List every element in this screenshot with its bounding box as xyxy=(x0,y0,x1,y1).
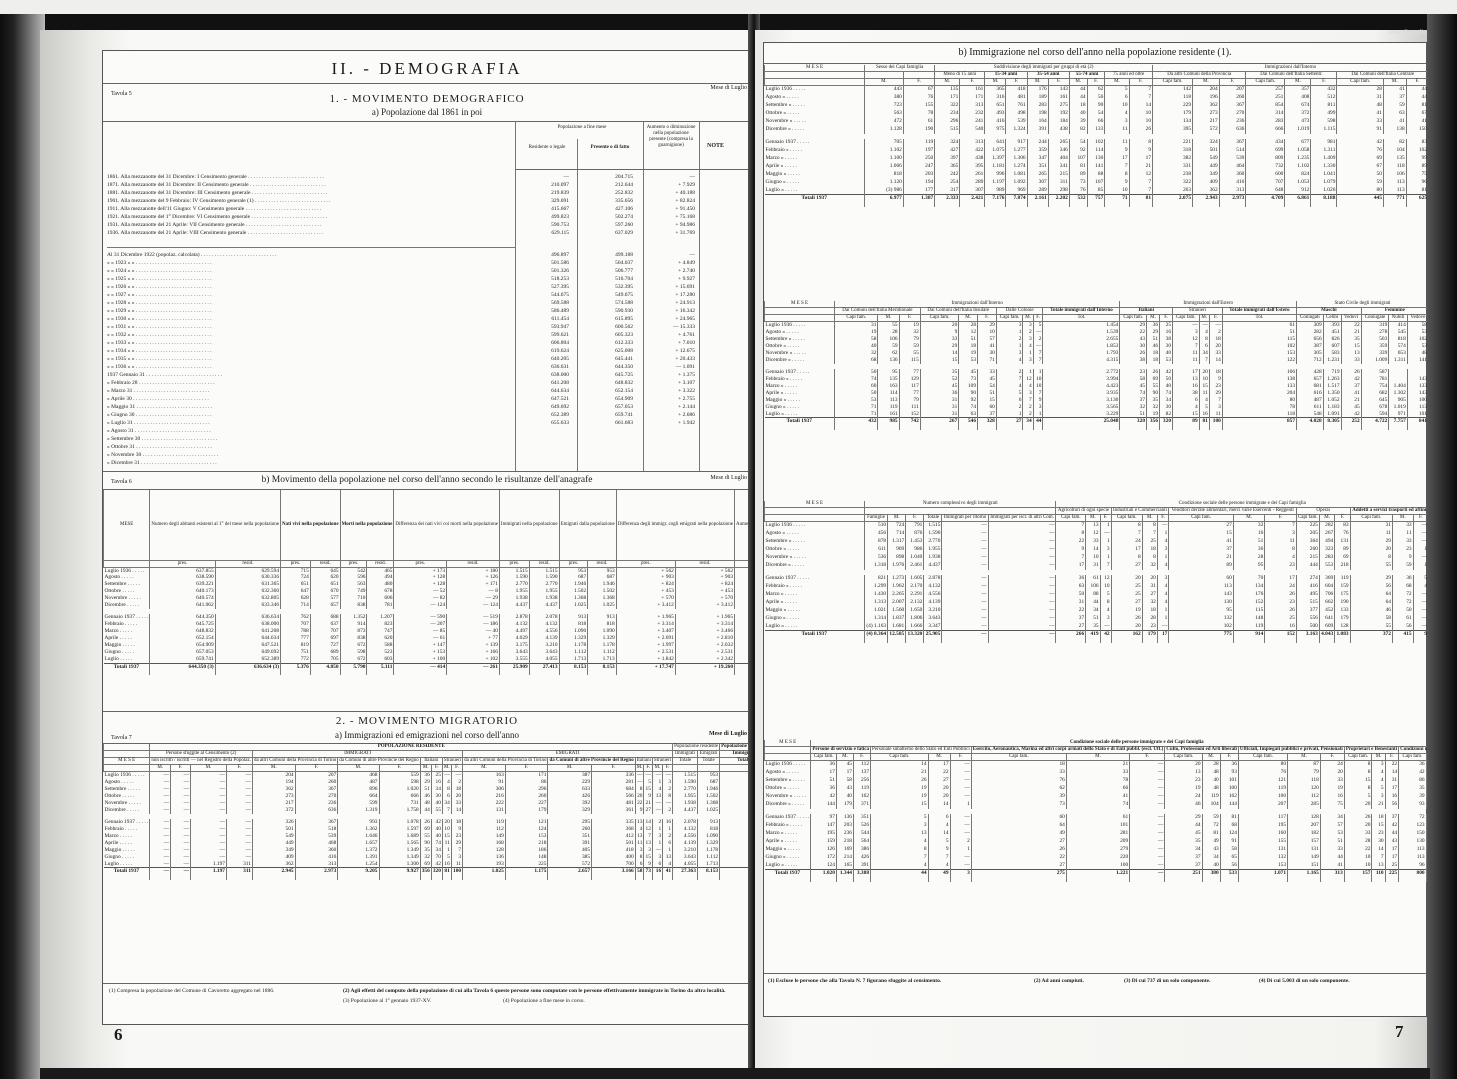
value-cell: 283 xyxy=(1246,118,1285,126)
value-cell: 130 xyxy=(1399,838,1426,846)
row-label: Marzo » . . . . . xyxy=(765,830,811,838)
value-cell: 34 xyxy=(1320,814,1344,822)
value-cell: 28 xyxy=(878,329,899,336)
value-cell: 7 xyxy=(1033,357,1043,364)
t5-presente: 212.644 xyxy=(589,181,633,189)
table-row: Maggio » . . . . .12616938689126279—3443… xyxy=(765,846,1457,854)
value-cell: 59 xyxy=(1337,179,1384,187)
total-cell: 914 xyxy=(1233,631,1264,643)
t5-row-label: » » 1930 » » . . . . . . . . . . . . . .… xyxy=(107,315,509,323)
value-cell: 4.139 xyxy=(673,840,698,847)
value-cell: — xyxy=(988,583,1056,591)
value-cell: 2.770 xyxy=(924,538,942,546)
value-cell: 11 xyxy=(1199,390,1209,397)
value-cell: 313 xyxy=(960,139,985,147)
header-row: Persone sfuggite al Censimento (2)IMMIGR… xyxy=(104,751,768,758)
column-header: F. xyxy=(227,765,253,772)
value-cell: 59 xyxy=(899,343,920,350)
right-footnote-2: (2) Ad anni compiuti. xyxy=(1034,977,1084,985)
value-cell: 120 xyxy=(1288,785,1321,793)
column-header: F. xyxy=(171,765,191,772)
value-cell: 30 xyxy=(978,350,997,357)
value-cell: 36 xyxy=(1220,761,1238,769)
value-cell: 153 xyxy=(1238,862,1287,870)
value-cell: 44 xyxy=(1406,86,1428,94)
value-cell: 34 xyxy=(431,786,442,793)
value-cell: 9 xyxy=(635,807,644,814)
value-cell: — xyxy=(942,599,988,607)
value-cell: 17 xyxy=(1385,846,1399,854)
value-cell: 647.521 xyxy=(215,642,280,649)
immigration-origin-table: M E S EImmigrazioni dall'InternoImmigraz… xyxy=(764,301,1428,430)
value-cell: — 8 xyxy=(447,588,500,595)
value-cell: 6 xyxy=(928,814,950,822)
value-cell: 124 xyxy=(505,826,548,833)
column-header: Nati vivi nella popolazione xyxy=(281,490,341,560)
value-cell: 238 xyxy=(1153,171,1193,179)
column-header: pres. xyxy=(394,560,447,567)
value-cell: 1 xyxy=(1100,538,1111,546)
value-cell: 349 xyxy=(252,847,295,854)
value-cell: 1.650 xyxy=(906,607,924,615)
value-cell: 577 xyxy=(310,595,340,602)
value-cell: 449 xyxy=(252,840,295,847)
value-cell: 117 xyxy=(899,383,920,390)
value-cell: + 1.842 xyxy=(616,656,675,663)
value-cell: 51 xyxy=(1320,838,1344,846)
total-cell: — xyxy=(150,868,171,880)
value-cell: 10 xyxy=(1199,376,1209,383)
value-cell: 76 xyxy=(1069,187,1087,195)
total-cell: 7.757 xyxy=(1389,418,1408,430)
value-cell: 25 xyxy=(1111,583,1142,591)
value-cell: 46 xyxy=(1147,343,1160,350)
table-row: Dicembre » . . . . .1.1281905155409751.3… xyxy=(765,126,1429,134)
value-cell: 316 xyxy=(985,94,1006,102)
value-cell: 20 xyxy=(1111,623,1142,631)
table-row: Maggio » . . . . .53113793192156793.1303… xyxy=(765,397,1429,404)
value-cell: 1 xyxy=(652,840,662,847)
value-cell: 96 xyxy=(1406,179,1428,187)
value-cell: 307 xyxy=(960,187,985,195)
value-cell: 29 xyxy=(1147,329,1160,336)
value-cell: 34 xyxy=(1086,607,1100,615)
column-header: Capi fam. xyxy=(971,754,1066,761)
t5-row-label: » Giugno 30 . . . . . . . . . . . . . . … xyxy=(107,411,509,419)
total-cell: 356 xyxy=(1147,418,1160,430)
t5-aumento: + 2.144 xyxy=(651,403,695,411)
value-cell: 416 xyxy=(1296,583,1319,591)
value-cell: 7 xyxy=(451,847,462,854)
value-cell: 969 xyxy=(888,546,906,554)
t5-row-label: 1936. Alla mezzanotte del 21 Aprile: VII… xyxy=(107,229,509,237)
value-cell: 27 xyxy=(1111,599,1142,607)
value-cell: 19 xyxy=(1147,411,1160,418)
value-cell: 66 xyxy=(1087,118,1105,126)
value-cell: 155 xyxy=(1238,838,1287,846)
row-label: Agosto » . . . . . xyxy=(765,530,865,538)
value-cell: 5 xyxy=(1199,404,1209,411)
total-cell: 81 xyxy=(1129,195,1152,207)
value-cell: — xyxy=(988,562,1056,570)
right-page-title: b) Immigrazione nel corso dell'anno nell… xyxy=(764,47,1426,58)
value-cell: 21 xyxy=(1066,761,1129,769)
row-label: Luglio 1936 . . . . . xyxy=(765,522,865,530)
value-cell: 36 xyxy=(811,761,837,769)
value-cell: 39 xyxy=(971,793,1066,801)
column-header: M. xyxy=(150,765,171,772)
row-label: Settembre » . . . . . xyxy=(765,336,835,343)
table-row: Agosto . . . . .————19426048759829164291… xyxy=(104,779,768,786)
value-cell: 102 xyxy=(1222,343,1296,350)
value-cell: 113 xyxy=(1169,583,1233,591)
value-cell: 87 xyxy=(1288,761,1321,769)
total-cell: 179 xyxy=(1142,631,1157,643)
value-cell: 971 xyxy=(1389,411,1408,418)
t5-aumento: + 40.188 xyxy=(651,189,695,197)
value-cell: 70 xyxy=(1233,575,1264,583)
row-label: Ottobre » . . . . . xyxy=(765,343,835,350)
t5-row: » Ottobre 31 . . . . . . . . . . . . . .… xyxy=(107,443,703,451)
value-cell: 11 xyxy=(1209,411,1222,418)
value-cell: — xyxy=(1130,761,1165,769)
value-cell: 3.130 xyxy=(1043,397,1120,404)
t5-row: » » 1934 » » . . . . . . . . . . . . . .… xyxy=(107,347,703,355)
column-header: Capi fam. xyxy=(920,315,958,322)
value-cell: 714 xyxy=(281,602,311,609)
t5-row-label: » » 1934 » » . . . . . . . . . . . . . .… xyxy=(107,347,509,355)
total-cell: 157 xyxy=(1344,870,1372,882)
value-cell: 913 xyxy=(697,819,719,826)
value-cell: 1.274 xyxy=(1006,163,1027,171)
column-header: resid. xyxy=(310,560,340,567)
data-table: POPOLAZIONE RESIDENTEPopolazione residen… xyxy=(103,744,767,880)
column-header: Proprietari e Benestanti xyxy=(1344,747,1398,754)
value-cell: 1.317 xyxy=(888,538,906,546)
value-cell: 10 xyxy=(1100,583,1111,591)
total-cell: 49 xyxy=(928,870,950,882)
value-cell: 494 xyxy=(1319,538,1334,546)
t5-aumento: + 24.913 xyxy=(651,299,695,307)
value-cell: 2.655 xyxy=(1043,336,1120,343)
table-row: Dicembre . . . . .————3726361.3191.75844… xyxy=(104,807,768,814)
value-cell: 63 xyxy=(1056,583,1086,591)
value-cell: 563 xyxy=(340,581,367,588)
table-row: Gennaio 1937 . . . . .————3263679931.078… xyxy=(104,819,768,826)
value-cell: 4.132 xyxy=(499,621,529,628)
value-cell: — xyxy=(1130,846,1165,854)
value-cell: 426 xyxy=(853,854,870,862)
value-cell: 11 xyxy=(1105,126,1129,134)
value-cell: 515 xyxy=(935,126,960,134)
row-label: Dicembre » . . . . . xyxy=(765,357,835,364)
total-cell: 2.075 xyxy=(1153,195,1193,207)
value-cell: 913 xyxy=(588,614,617,621)
total-cell: 625 xyxy=(1406,195,1428,207)
value-cell: 54 xyxy=(1069,139,1087,147)
value-cell: 10 xyxy=(1129,110,1152,118)
column-header: 35-54 anni xyxy=(1027,72,1069,79)
t5-residente: 652.389 xyxy=(525,411,569,419)
table-row: Agosto » . . . . .17171372122—3333—13489… xyxy=(765,769,1457,777)
total-cell: 445 xyxy=(1337,195,1384,207)
value-cell: 4 xyxy=(871,838,929,846)
value-cell: 1.178 xyxy=(588,642,617,649)
value-cell: — xyxy=(1130,854,1165,862)
value-cell: 640.574 xyxy=(150,595,215,602)
value-cell: 7 xyxy=(1142,530,1157,538)
total-cell: 636.634 (3) xyxy=(215,663,280,675)
value-cell: 72 xyxy=(1399,814,1426,822)
value-cell: 644.350 xyxy=(150,614,215,621)
value-cell: 71 xyxy=(978,357,997,364)
value-cell: 189 xyxy=(1027,94,1048,102)
value-cell: 1.079 xyxy=(1311,179,1337,187)
value-cell: 131 xyxy=(463,807,506,814)
t5-presente: 615.895 xyxy=(589,315,633,323)
value-cell: 1.306 xyxy=(1006,155,1027,163)
value-cell: 657 xyxy=(310,602,340,609)
total-cell: 25.905 xyxy=(924,631,942,643)
value-cell: — xyxy=(171,847,191,854)
column-header: Agricoltori di ogni specie xyxy=(1056,508,1111,515)
value-cell: 1.350 xyxy=(1323,390,1341,397)
value-cell: 14 xyxy=(920,350,958,357)
value-cell: — xyxy=(1130,830,1165,838)
value-cell: + 2.531 xyxy=(675,649,734,656)
value-cell: 263 xyxy=(1153,187,1193,195)
value-cell: 6 xyxy=(1199,343,1209,350)
row-label: Marzo . . . . . xyxy=(104,833,150,840)
value-cell: 37 xyxy=(978,411,997,418)
t5-row-label: Al 31 Dicembre 1922 (popolaz. calcolata)… xyxy=(107,251,509,259)
value-cell: 3 xyxy=(652,854,662,861)
value-cell: 16 xyxy=(442,861,451,868)
value-cell: 651 xyxy=(310,581,340,588)
t5-row: » » 1936 » » . . . . . . . . . . . . . .… xyxy=(107,363,703,371)
total-cell: 2.973 xyxy=(295,868,338,880)
value-cell: 630.336 xyxy=(215,574,280,581)
value-cell: 818 xyxy=(1389,336,1408,343)
value-cell: 468 xyxy=(295,840,338,847)
value-cell: 63 xyxy=(1383,110,1406,118)
value-cell: 1.539 xyxy=(1043,329,1120,336)
value-cell: 27 xyxy=(1111,562,1142,570)
value-cell: 1.075 xyxy=(985,147,1006,155)
value-cell: 2 xyxy=(663,786,673,793)
value-cell: 8 xyxy=(663,793,673,800)
value-cell: 32 xyxy=(835,350,878,357)
total-cell: 110 xyxy=(1372,870,1385,882)
table-row: Gennaio 1937 . . . . .9713635156—6061—29… xyxy=(765,814,1457,822)
value-cell: — xyxy=(451,772,462,779)
t5-row-label: » » 1924 » » . . . . . . . . . . . . . .… xyxy=(107,267,509,275)
value-cell: 11 xyxy=(1265,538,1297,546)
value-cell: 326 xyxy=(252,819,295,826)
value-cell: 66 xyxy=(1066,785,1129,793)
column-header: Maschi xyxy=(1297,308,1362,315)
value-cell: 91 xyxy=(1220,838,1238,846)
value-cell: 636.634 xyxy=(215,614,280,621)
column-header: Dalle Colonie xyxy=(996,308,1043,315)
value-cell: 368 xyxy=(592,826,636,833)
value-cell: 9 xyxy=(1033,397,1043,404)
t5-row-label: » Novembre 30 . . . . . . . . . . . . . … xyxy=(107,451,509,459)
column-header: Differenza degli immigr. cogli emigrati … xyxy=(616,490,734,560)
value-cell: 1.078 xyxy=(379,819,420,826)
column-header: M. xyxy=(1285,79,1311,86)
column-header: Capi fam. xyxy=(1399,754,1426,761)
table-row: Luglio . . . . .——1.1973113623131.2541.3… xyxy=(104,861,768,868)
value-cell: 323 xyxy=(1319,546,1334,554)
row-label: Maggio » . . . . . xyxy=(765,607,865,615)
value-cell: 510 xyxy=(865,522,888,530)
value-cell: 3 xyxy=(1265,530,1297,538)
value-cell: 1 xyxy=(1100,522,1111,530)
value-cell: 76 xyxy=(1335,530,1350,538)
value-cell: 59 xyxy=(878,343,899,350)
value-cell: 1 xyxy=(1157,607,1169,615)
t5-row: 1901. Alla mezzanotte del 9 Febbraio: IV… xyxy=(107,197,703,205)
table-row: Agosto » . . . . .3807617117131648118916… xyxy=(765,94,1429,102)
total-row: Totali 1937——1.1973112.9452.9739.2059.92… xyxy=(104,868,768,880)
total-cell: 1.175 xyxy=(505,868,548,880)
value-cell: 3.210 xyxy=(673,847,698,854)
value-cell: 162 xyxy=(853,793,870,801)
t5-presente: 637.029 xyxy=(589,229,633,237)
total-cell: 4.722 xyxy=(1361,418,1389,430)
t5-row: » » 1935 » » . . . . . . . . . . . . . .… xyxy=(107,355,703,363)
value-cell: 391 xyxy=(853,862,870,870)
value-cell: 36 xyxy=(1392,575,1413,583)
value-cell: 93 xyxy=(1220,769,1238,777)
column-header: M. xyxy=(1233,515,1264,522)
value-cell: 1.329 xyxy=(588,635,617,642)
value-cell: 2.078 xyxy=(673,819,698,826)
value-cell: 18 xyxy=(1209,369,1222,376)
total-cell: 532 xyxy=(1069,195,1087,207)
value-cell: 723 xyxy=(865,102,904,110)
row-label: Agosto » . . . . . xyxy=(765,94,865,102)
value-cell: 10 xyxy=(1033,376,1043,383)
value-cell: — xyxy=(1130,769,1165,777)
value-cell: 90 xyxy=(1147,390,1160,397)
column-header: M. xyxy=(1319,515,1334,522)
value-cell: 5 xyxy=(1100,591,1111,599)
value-cell: 639.221 xyxy=(150,581,215,588)
value-cell: 4.437 xyxy=(924,562,942,570)
value-cell: 15 xyxy=(1199,383,1209,390)
row-label: Luglio » . . . . . xyxy=(765,187,865,195)
value-cell: 32 xyxy=(1120,404,1147,411)
value-cell: 36 xyxy=(920,390,958,397)
value-cell: 28 xyxy=(1344,838,1372,846)
value-cell: 367 xyxy=(295,819,338,826)
row-label: Ottobre » . . . . . xyxy=(765,785,811,793)
value-cell: 386 xyxy=(853,846,870,854)
column-header: M. xyxy=(1105,79,1129,86)
total-cell: 252 xyxy=(1341,418,1361,430)
value-cell: 62 xyxy=(1087,86,1105,94)
total-cell: 2.657 xyxy=(548,868,592,880)
tavola5-subtitle: a) Popolazione dal 1861 in poi xyxy=(103,107,751,117)
value-cell: 395 xyxy=(1153,126,1193,134)
value-cell: 44 xyxy=(1069,86,1087,94)
value-cell: 7 xyxy=(1111,530,1142,538)
t5-row-label: » Settembre 30 . . . . . . . . . . . . .… xyxy=(107,435,509,443)
value-cell: 1.713 xyxy=(559,656,588,663)
total-cell: 8.153 xyxy=(588,663,617,675)
value-cell: 17 xyxy=(928,761,950,769)
value-cell: 171 xyxy=(505,772,548,779)
column-header: M. xyxy=(935,79,960,86)
column-header: F. xyxy=(379,765,420,772)
value-cell: 2.078 xyxy=(529,614,559,621)
value-cell: (4) 1.163 xyxy=(865,623,888,631)
value-cell: 89 xyxy=(1406,163,1428,171)
column-header: M. xyxy=(985,79,1006,86)
value-cell: 503 xyxy=(1361,336,1389,343)
table-row: Gennaio 1937 . . . . .5095773545332112.7… xyxy=(765,369,1429,376)
value-cell: 391 xyxy=(1027,126,1048,134)
value-cell: 19 xyxy=(871,793,929,801)
value-cell: 10 xyxy=(442,826,451,833)
value-cell: 31 xyxy=(1142,583,1157,591)
total-cell: 5.376 xyxy=(281,663,311,675)
t5-presente: 499.188 xyxy=(589,251,633,259)
total-cell: 8.153 xyxy=(559,663,588,675)
t5-row: » » 1928 » » . . . . . . . . . . . . . .… xyxy=(107,299,703,307)
value-cell: 40 xyxy=(1160,383,1173,390)
value-cell: 30 xyxy=(431,793,442,800)
value-cell: 500 xyxy=(1296,623,1319,631)
value-cell: 4 xyxy=(996,357,1023,364)
value-cell: 31 xyxy=(1086,562,1100,570)
value-cell: 27 xyxy=(644,807,652,814)
value-cell: 548 xyxy=(1297,411,1324,418)
t5-aumento: + 1.375 xyxy=(651,371,695,379)
value-cell: 818 xyxy=(865,171,904,179)
value-cell: 32 xyxy=(1147,404,1160,411)
value-cell: 1.311 xyxy=(1389,357,1408,364)
value-cell: 638.000 xyxy=(215,621,280,628)
value-cell: 45 xyxy=(1341,404,1361,411)
t5-residente: 527.395 xyxy=(525,283,569,291)
column-header: Totale immigrati dall'Estero xyxy=(1222,308,1296,315)
value-cell: — xyxy=(950,777,971,785)
column-header: F. xyxy=(295,765,338,772)
value-cell: 22 xyxy=(1120,329,1147,336)
t5-presente: 625.008 xyxy=(589,347,633,355)
value-cell: 912 xyxy=(1285,187,1311,195)
value-cell: 18 xyxy=(451,786,462,793)
t5-residente: 496.897 xyxy=(525,251,569,259)
value-cell: 1.120 xyxy=(865,179,904,187)
value-cell: 33 xyxy=(920,336,958,343)
value-cell: 283 xyxy=(1027,102,1048,110)
value-cell: 85 xyxy=(1087,187,1105,195)
total-cell: 17 xyxy=(1157,631,1169,643)
value-cell: 113 xyxy=(1399,854,1426,862)
value-cell: 2 xyxy=(1023,411,1033,418)
value-cell: 16 xyxy=(1385,793,1399,801)
value-cell: 44 xyxy=(1406,94,1428,102)
value-cell: 598 xyxy=(340,649,367,656)
value-cell: 22 xyxy=(1056,538,1086,546)
value-cell: 7 xyxy=(871,854,929,862)
page-number-left: 6 xyxy=(114,1025,123,1045)
total-cell: 7.874 xyxy=(1006,195,1027,207)
